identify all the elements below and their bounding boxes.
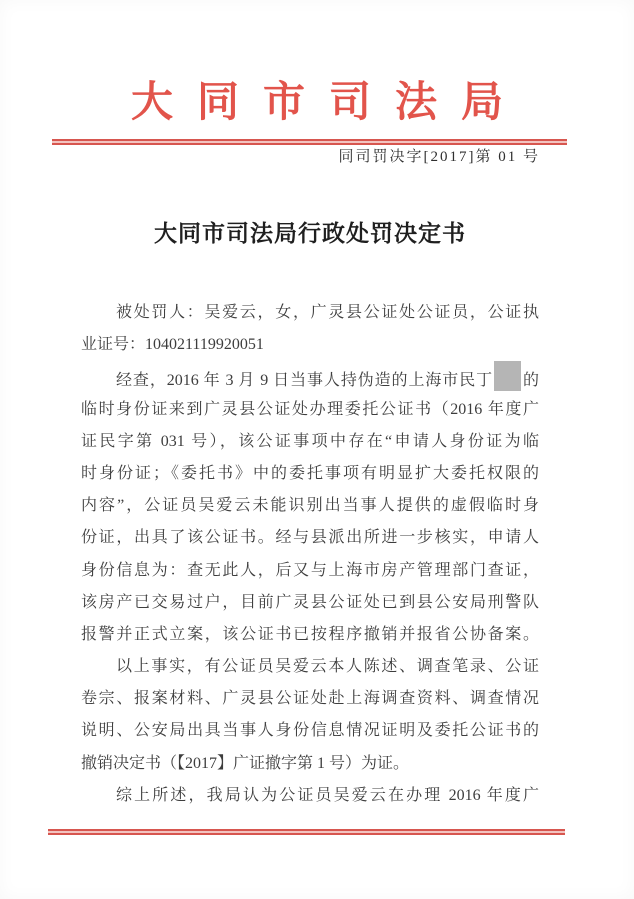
body-line: 时身份证；《委托书》中的委托事项有明显扩大委托权限的	[81, 458, 539, 490]
body-line: 身份信息为：查无此人，后又与上海市房产管理部门查证，	[81, 555, 539, 587]
redaction-box	[494, 361, 521, 391]
body-line: 临时身份证来到广灵县公证处办理委托公证书（2016 年度广	[81, 394, 539, 426]
body-line-text: 的	[522, 372, 539, 389]
body-line: 撤销决定书（【2017】广证撤字第 1 号）为证。	[81, 748, 539, 780]
scanned-document-page: 大同市司法局 同司罚决字[2017]第 01 号 大同市司法局行政处罚决定书 被…	[0, 0, 634, 899]
document-title: 大同市司法局行政处罚决定书	[81, 217, 539, 251]
body-line: 以上事实，有公证员吴爱云本人陈述、调查笔录、公证	[81, 651, 539, 683]
body-line: 被处罚人：吴爱云，女，广灵县公证处公证员，公证执	[81, 297, 539, 329]
agency-letterhead: 大同市司法局	[0, 78, 634, 128]
footer-divider-rule	[48, 829, 565, 835]
body-line: 该房产已交易过户，目前广灵县公证处已到县公安局刑警队	[81, 587, 539, 619]
body-line: 份证，出具了该公证书。经与县派出所进一步核实，申请人	[81, 522, 539, 554]
body-line: 说明、公安局出具当事人身份信息情况证明及委托公证书的	[81, 715, 539, 747]
document-number: 同司罚决字[2017]第 01 号	[339, 147, 541, 167]
body-line-text: 经查，2016 年 3 月 9 日当事人持伪造的上海市民丁	[116, 372, 493, 389]
body-line: 证民字第 031 号），该公证事项中存在“申请人身份证为临	[81, 426, 539, 458]
body-line: 业证号：104021119920051	[81, 329, 539, 361]
header-divider-rule	[52, 139, 567, 145]
body-line: 卷宗、报案材料、广灵县公证处赴上海调查资料、调查情况	[81, 683, 539, 715]
document-body: 被处罚人：吴爱云，女，广灵县公证处公证员，公证执 业证号：10402111992…	[81, 297, 539, 812]
body-line: 内容”，公证员吴爱云未能识别出当事人提供的虚假临时身	[81, 490, 539, 522]
body-line: 经查，2016 年 3 月 9 日当事人持伪造的上海市民丁的	[81, 361, 539, 393]
body-line: 综上所述，我局认为公证员吴爱云在办理 2016 年度广	[81, 780, 539, 812]
body-line: 报警并正式立案，该公证书已按程序撤销并报省公协备案。	[81, 619, 539, 651]
